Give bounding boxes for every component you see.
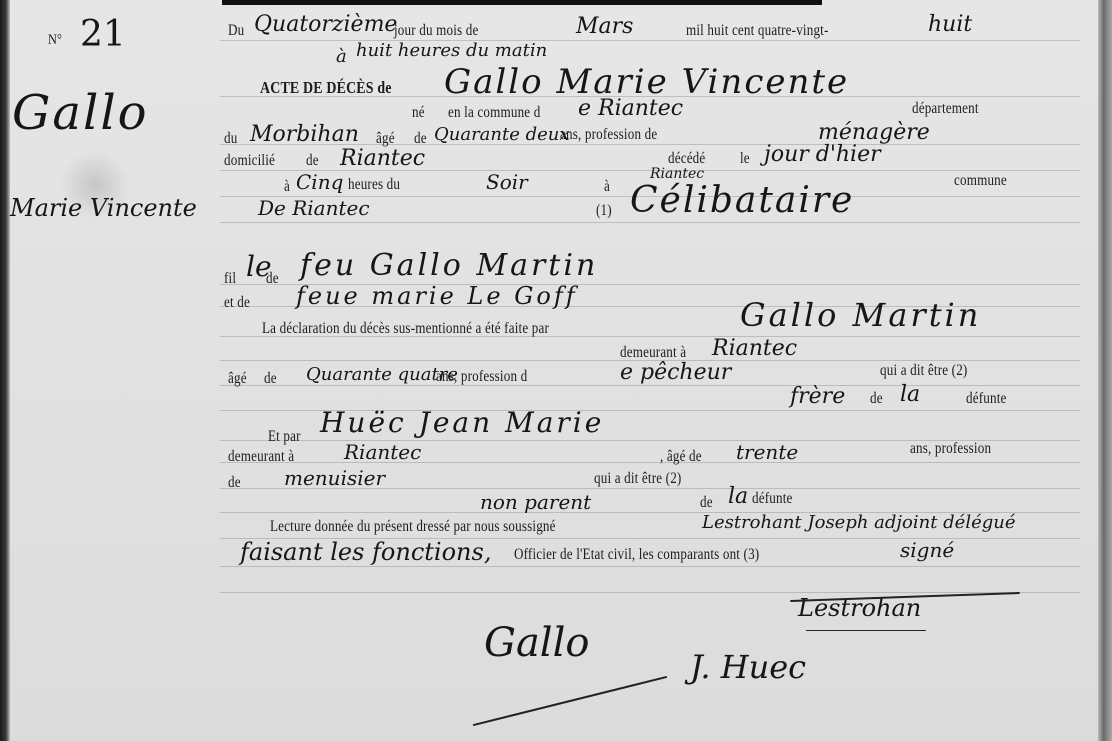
printed-text: en la commune d [448, 104, 540, 122]
page-binding-edge-left [0, 0, 10, 741]
printed-footnote-marker: (1) [596, 202, 612, 220]
signature-flourish [473, 676, 668, 726]
signature-flourish [806, 630, 926, 631]
printed-text: demeurant à [228, 448, 294, 466]
handwritten-text: la [900, 382, 920, 407]
handwritten-father-name: feu Gallo Martin [300, 248, 598, 283]
handwritten-text: à [336, 46, 347, 67]
printed-text: défunte [966, 390, 1007, 408]
printed-text: commune [954, 172, 1007, 190]
margin-given-names: Marie Vincente [10, 194, 197, 222]
handwritten-month: Mars [576, 14, 633, 39]
handwritten-declarant-2-residence: Riantec [344, 440, 421, 464]
printed-text: du [224, 130, 237, 148]
handwritten-declarant-2-profession: menuisier [284, 466, 385, 490]
handwritten-birthplace: e Riantec [578, 96, 683, 121]
printed-text: de [228, 474, 241, 492]
printed-text: département [912, 100, 979, 118]
printed-text: Officier de l'Etat civil, les comparants… [514, 546, 759, 564]
handwritten-department: Morbihan [250, 122, 359, 147]
printed-text: âgé [228, 370, 247, 388]
printed-text: La déclaration du décès sus-mentionné a … [262, 320, 549, 338]
handwritten-day: Quatorzième [254, 12, 397, 37]
printed-text: Du [228, 22, 244, 40]
printed-text: à [284, 178, 290, 196]
printed-text: de [700, 494, 713, 512]
act-title: ACTE DE DÉCÈS de [260, 78, 392, 98]
margin-surname: Gallo [12, 85, 149, 141]
printed-text: mil huit cent quatre-vingt- [686, 22, 829, 40]
handwritten-mother-name: feue marie Le Goff [296, 282, 578, 310]
printed-text: ans, profession [910, 440, 991, 458]
printed-text: de [870, 390, 883, 408]
printed-text: Lecture donnée du présent dressé par nou… [270, 518, 556, 536]
handwritten-year: huit [928, 12, 972, 37]
handwritten-declarant-1-name: Gallo Martin [740, 296, 981, 334]
record-number-label: N° [48, 32, 62, 49]
printed-text: fil [224, 270, 236, 288]
record-number: 21 [80, 14, 126, 55]
signature-declarant-2: J. Huec [690, 648, 806, 686]
printed-text: domicilié [224, 152, 275, 170]
scanned-register-page: N° 21 Gallo Marie Vincente De Riantec Du… [0, 0, 1112, 741]
printed-text: le [740, 150, 750, 168]
handwritten-period: Soir [486, 170, 528, 194]
handwritten-text: la [728, 484, 748, 509]
ruled-line [220, 592, 1080, 593]
printed-text: défunte [752, 490, 793, 508]
handwritten-declarant-2-age: trente [736, 440, 798, 464]
top-rule-divider [222, 0, 822, 5]
ruled-line [220, 566, 1080, 567]
printed-text: , âgé de [660, 448, 702, 466]
handwritten-time: huit heures du matin [356, 40, 547, 61]
printed-text: de [306, 152, 319, 170]
handwritten-death-day: jour d'hier [764, 142, 881, 167]
printed-text: qui a dit être (2) [594, 470, 681, 488]
printed-text: de [266, 270, 279, 288]
handwritten-marital-status: Célibataire [630, 180, 854, 221]
printed-text: qui a dit être (2) [880, 362, 967, 380]
handwritten-declarant-1-residence: Riantec [712, 336, 797, 361]
printed-text: Et par [268, 428, 301, 446]
handwritten-signed: signé [900, 538, 954, 562]
handwritten-declarant-2-name: Huëc Jean Marie [320, 406, 604, 439]
handwritten-hour: Cinq [296, 170, 343, 194]
ruled-line [220, 385, 1080, 386]
printed-text: heures du [348, 176, 400, 194]
signature-declarant-1: Gallo [484, 620, 589, 666]
printed-text: à [604, 178, 610, 196]
ruled-line [220, 222, 1080, 223]
handwritten-age: Quarante deux [434, 124, 570, 145]
printed-text: né [412, 104, 425, 122]
page-binding-edge-right [1098, 0, 1112, 741]
printed-text: jour du mois de [394, 22, 478, 40]
margin-commune-note: De Riantec [258, 196, 370, 220]
handwritten-relationship-2: non parent [480, 490, 591, 514]
handwritten-officer-name: Lestrohant Joseph adjoint délégué [702, 512, 1016, 533]
handwritten-text: faisant les fonctions, [240, 538, 491, 566]
printed-text: ans, profession de [560, 126, 657, 144]
ruled-line [220, 40, 1080, 41]
printed-text: de [264, 370, 277, 388]
printed-text: ans, profession d [436, 368, 527, 386]
printed-text: et de [224, 294, 250, 312]
handwritten-relationship-1: frère [790, 384, 845, 409]
handwritten-domicile: Riantec [340, 146, 425, 171]
handwritten-declarant-1-profession: e pêcheur [620, 360, 731, 385]
